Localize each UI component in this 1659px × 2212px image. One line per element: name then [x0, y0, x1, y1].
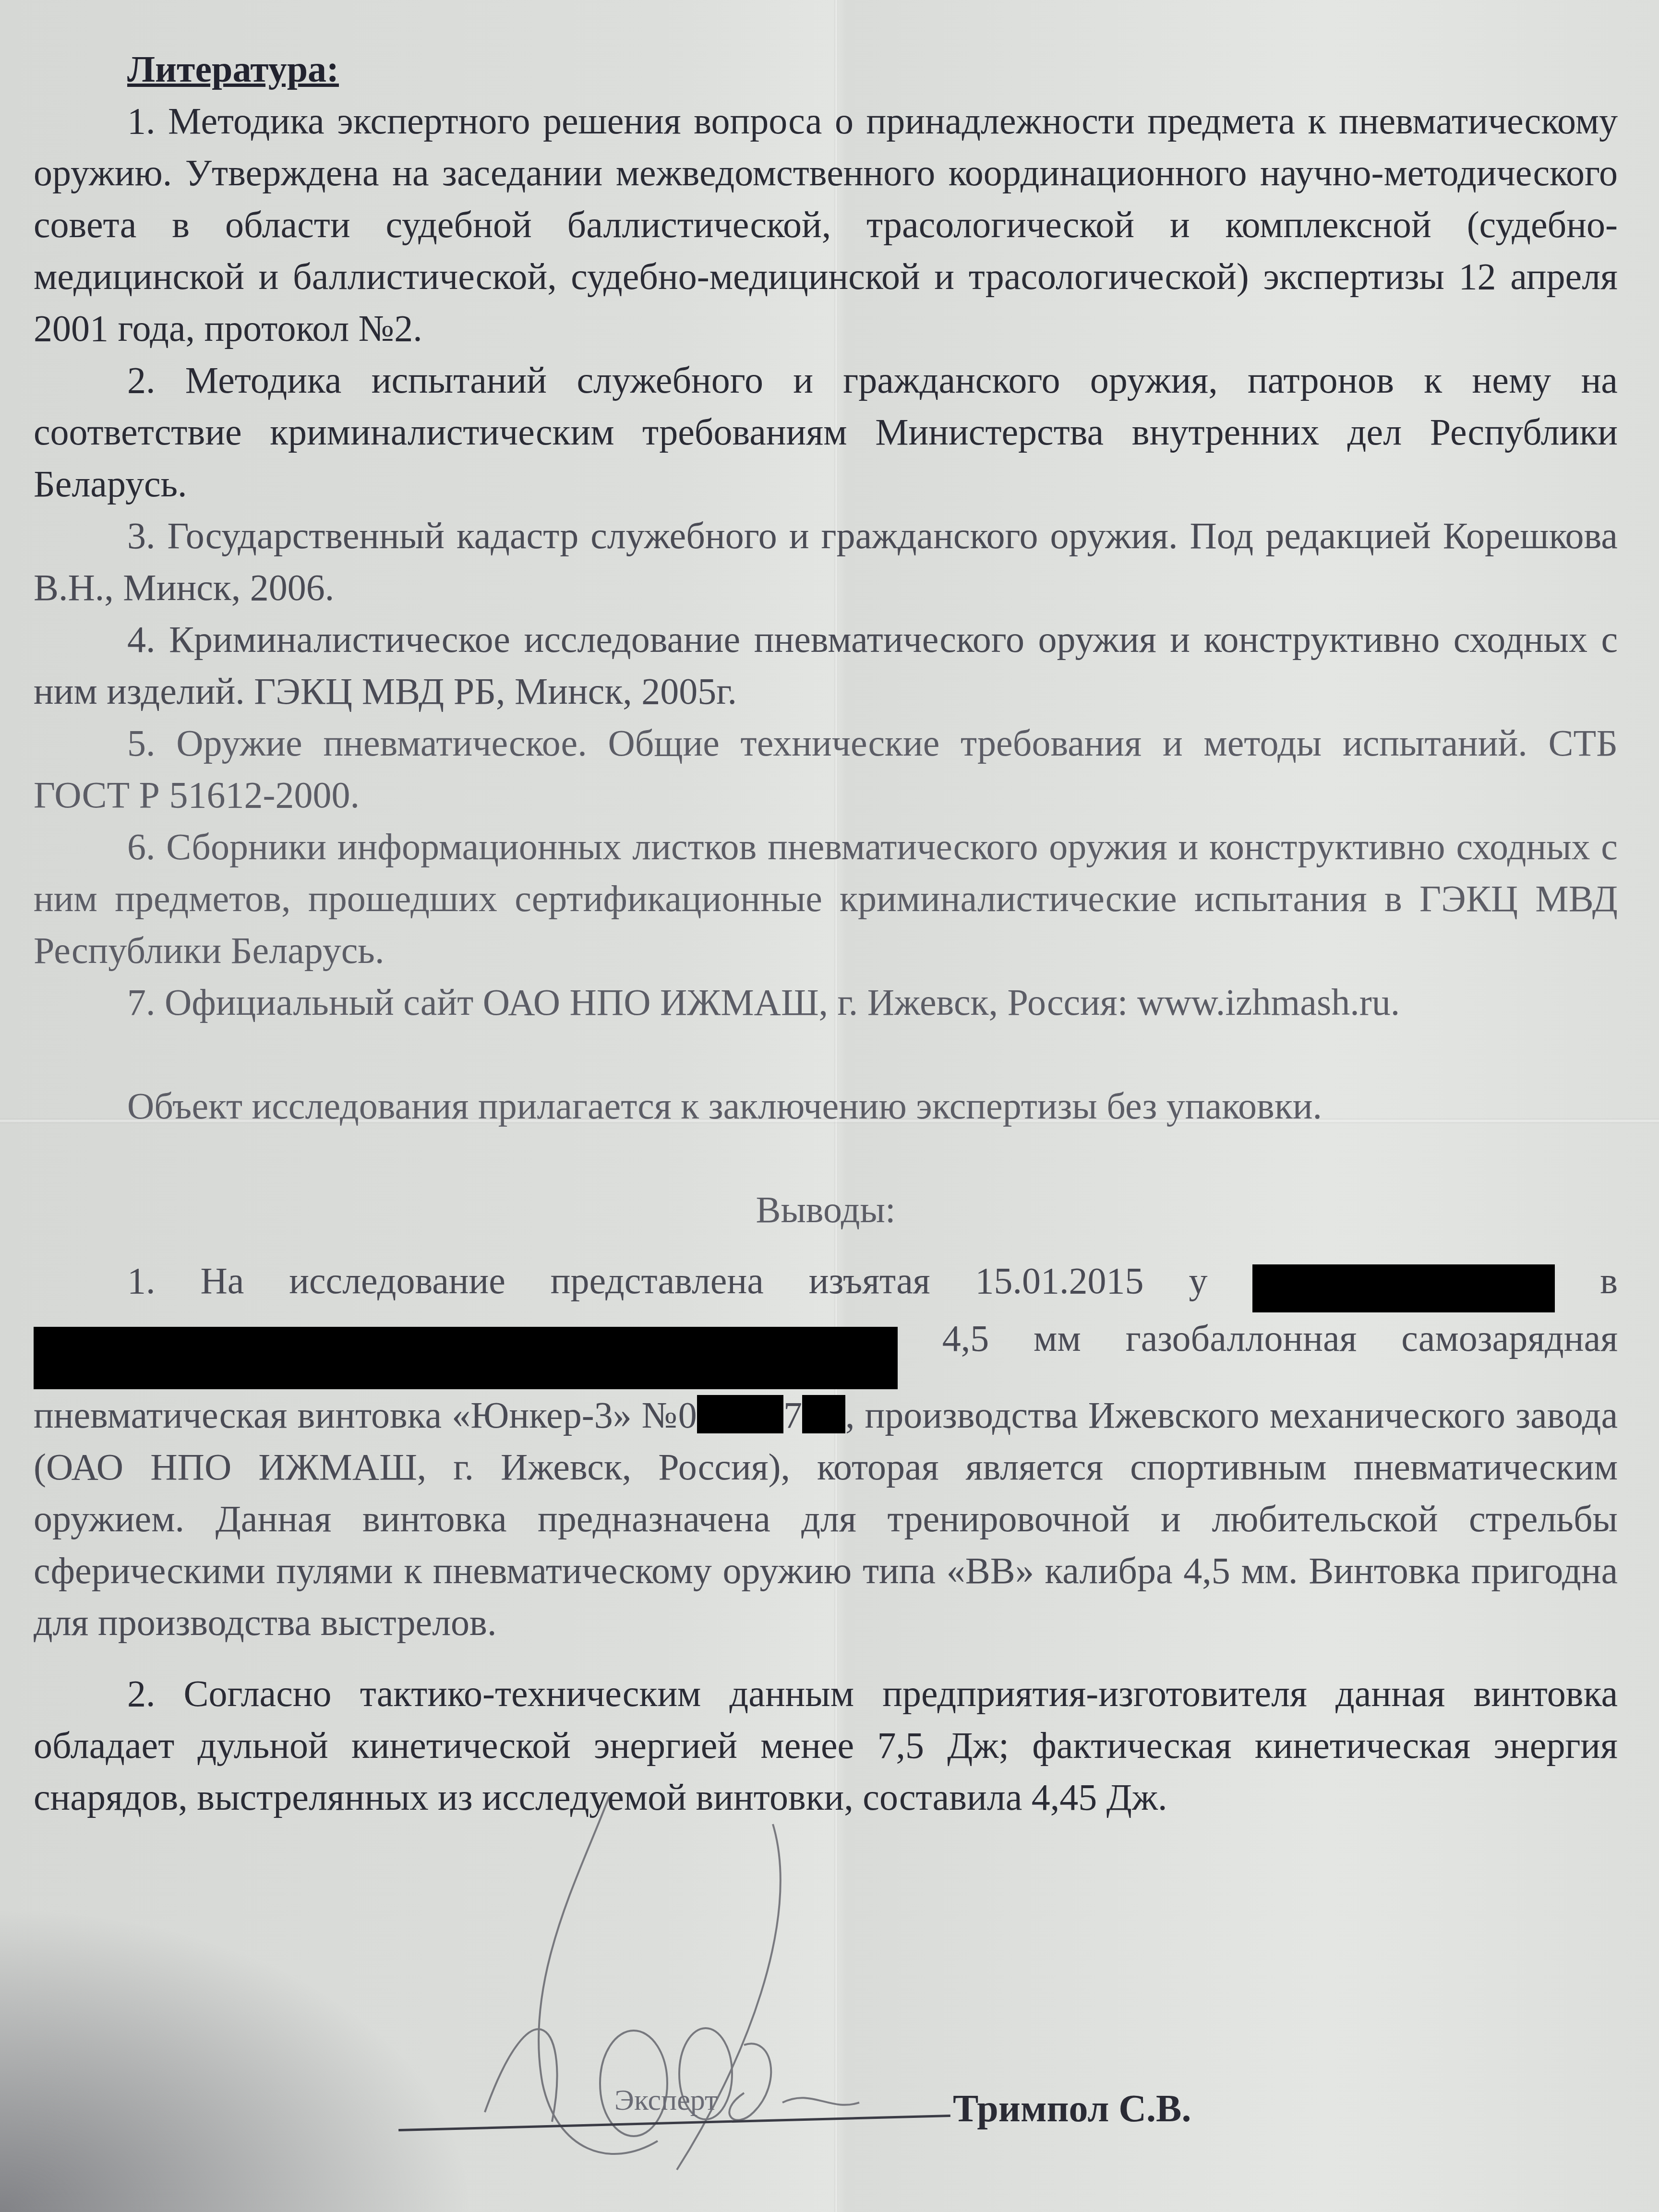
- redaction-box: [REDACTED]: [1252, 1264, 1555, 1312]
- literature-item-5: 5. Оружие пневматическое. Общие техничес…: [34, 717, 1618, 821]
- redaction-box: [REDACTED]: [34, 1327, 898, 1389]
- document-body: Литература: 1. Методика экспертного реше…: [34, 43, 1618, 1823]
- expert-label: Эксперт: [614, 2083, 718, 2117]
- literature-item-3: 3. Государственный кадастр служебного и …: [34, 510, 1618, 613]
- literature-item-1: 1. Методика экспертного решения вопроса …: [34, 95, 1618, 354]
- signer-name: Тримпол С.В.: [953, 2087, 1191, 2131]
- object-note: Объект исследования прилагается к заключ…: [34, 1080, 1618, 1132]
- literature-heading: Литература:: [127, 43, 1618, 95]
- conclusions-heading: Выводы:: [34, 1184, 1618, 1236]
- literature-item-7: 7. Официальный сайт ОАО НПО ИЖМАШ, г. Иж…: [34, 976, 1618, 1028]
- literature-item-2: 2. Методика испытаний служебного и гражд…: [34, 354, 1618, 510]
- redaction-box: [REDACTED]: [697, 1395, 783, 1433]
- handwritten-signature: [408, 1776, 984, 2212]
- literature-item-6: 6. Сборники информационных листков пневм…: [34, 821, 1618, 976]
- conclusion-1-part-b: в: [1600, 1260, 1618, 1301]
- conclusion-1-part-d: 7: [783, 1394, 802, 1436]
- conclusion-1: 1. На исследование представлена изъятая …: [34, 1255, 1618, 1648]
- redaction-box: [REDACTED]: [802, 1395, 845, 1433]
- conclusion-1-part-a: 1. На исследование представлена изъятая …: [127, 1260, 1207, 1301]
- literature-item-4: 4. Криминалистическое исследование пневм…: [34, 613, 1618, 717]
